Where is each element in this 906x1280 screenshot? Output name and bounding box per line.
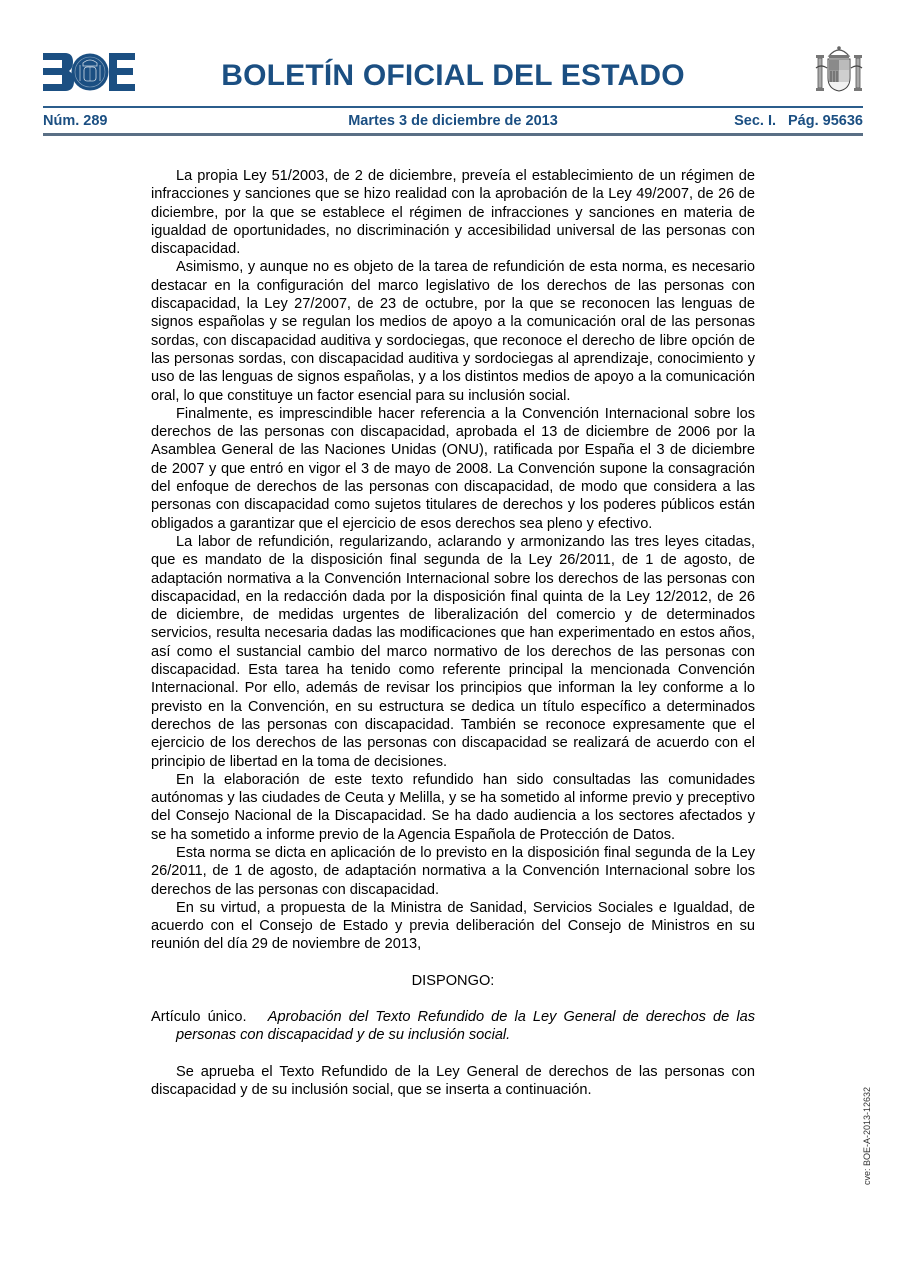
coat-of-arms-icon [815, 44, 863, 96]
paragraph: La propia Ley 51/2003, de 2 de diciembre… [151, 167, 755, 258]
article-label: Artículo único. [151, 1009, 247, 1025]
cve-code: cve: BOE-A-2013-12632 [862, 1087, 872, 1185]
paragraph: Esta norma se dicta en aplicación de lo … [151, 844, 755, 899]
document-body: La propia Ley 51/2003, de 2 de diciembre… [151, 167, 755, 1099]
coat-of-arms [815, 44, 863, 96]
boe-logo [43, 53, 135, 91]
section-label: Sec. I. [734, 113, 776, 129]
article-heading: Artículo único. Aprobación del Texto Ref… [151, 1008, 755, 1045]
section-page: Sec. I.Pág. 95636 [722, 111, 863, 131]
issue-date: Martes 3 de diciembre de 2013 [300, 111, 606, 131]
page-title: BOLETÍN OFICIAL DEL ESTADO [170, 56, 736, 96]
page-number: Pág. 95636 [788, 113, 863, 129]
header-rule-bottom [43, 133, 863, 136]
paragraph: La labor de refundición, regularizando, … [151, 533, 755, 771]
dispongo-heading: DISPONGO: [151, 972, 755, 990]
header-rule-top [43, 106, 863, 108]
paragraph: Asimismo, y aunque no es objeto de la ta… [151, 258, 755, 404]
issue-number: Núm. 289 [43, 111, 107, 131]
paragraph: En la elaboración de este texto refundid… [151, 771, 755, 844]
paragraph-final: Se aprueba el Texto Refundido de la Ley … [151, 1063, 755, 1100]
paragraph: Finalmente, es imprescindible hacer refe… [151, 405, 755, 533]
article-title: Aprobación del Texto Refundido de la Ley… [176, 1009, 755, 1043]
boe-logo-icon [43, 53, 135, 91]
paragraph: En su virtud, a propuesta de la Ministra… [151, 899, 755, 954]
